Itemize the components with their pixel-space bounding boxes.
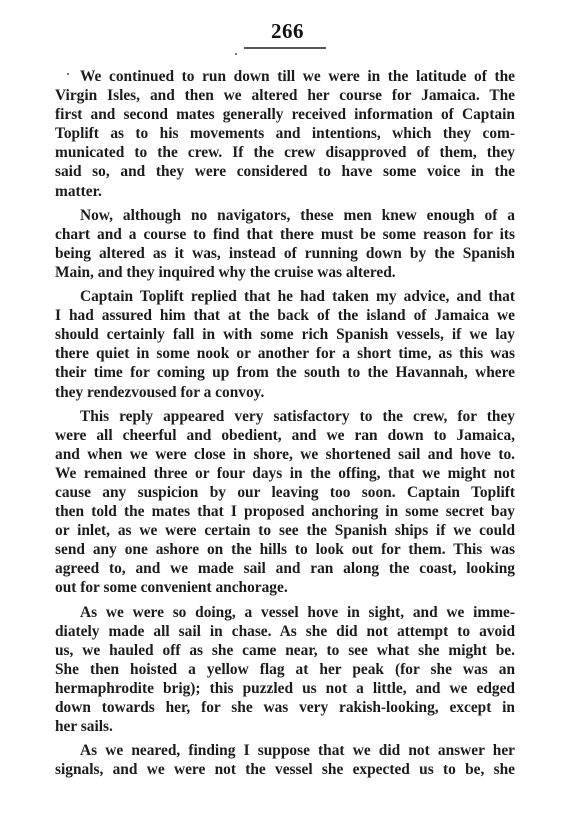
- text-line: cause any suspicion by our leaving too s…: [55, 483, 515, 502]
- text-line: were all cheerful and obedient, and we r…: [55, 426, 515, 445]
- text-line: there quiet in some nook or another for …: [55, 344, 515, 363]
- paragraph-2: Now, although no navigators, these men k…: [55, 206, 515, 282]
- text-line: Captain Toplift replied that he had take…: [55, 287, 515, 306]
- text-line: us, we hauled off as she came near, to s…: [55, 641, 515, 660]
- text-line: As we neared, finding I suppose that we …: [55, 741, 515, 760]
- scan-speck: [235, 53, 237, 55]
- paragraph-3: Captain Toplift replied that he had take…: [55, 287, 515, 402]
- text-line: As we were so doing, a vessel hove in si…: [55, 603, 515, 622]
- text-line: down towards her, for she was very rakis…: [55, 698, 515, 717]
- text-line: municated to the crew. If the crew disap…: [55, 143, 515, 162]
- text-line: We continued to run down till we were in…: [55, 67, 515, 86]
- text-line: agreed to, and we made sail and ran alon…: [55, 559, 515, 578]
- text-line: or inlet, as we were certain to see the …: [55, 521, 515, 540]
- text-line: send any one ashore on the hills to look…: [55, 540, 515, 559]
- text-line: should certainly fall in with some rich …: [55, 325, 515, 344]
- text-line: I had assured him that at the back of th…: [55, 306, 515, 325]
- text-line: She then hoisted a yellow flag at her pe…: [55, 660, 515, 679]
- text-line: said so, and they were considered to hav…: [55, 162, 515, 181]
- text-line: chart and a course to find that there mu…: [55, 225, 515, 244]
- text-line: Toplift as to his movements and intentio…: [55, 124, 515, 143]
- text-line: We remained three or four days in the of…: [55, 464, 515, 483]
- text-line: Now, although no navigators, these men k…: [55, 206, 515, 225]
- body-text: We continued to run down till we were in…: [55, 67, 515, 784]
- text-line: Main, and they inquired why the cruise w…: [55, 263, 515, 282]
- text-line: first and second mates generally receive…: [55, 105, 515, 124]
- header-rule: [244, 47, 326, 49]
- text-line: signals, and we were not the vessel she …: [55, 760, 515, 779]
- text-line: Virgin Isles, and then we altered her co…: [55, 86, 515, 105]
- text-line: diately made all sail in chase. As she d…: [55, 622, 515, 641]
- paragraph-1: We continued to run down till we were in…: [55, 67, 515, 201]
- paragraph-6: As we neared, finding I suppose that we …: [55, 741, 515, 779]
- paragraph-4: This reply appeared very satisfactory to…: [55, 407, 515, 598]
- paragraph-5: As we were so doing, a vessel hove in si…: [55, 603, 515, 737]
- text-line: her sails.: [55, 717, 515, 736]
- text-line: out for some convenient anchorage.: [55, 578, 515, 597]
- page-number: 266: [271, 19, 304, 43]
- text-line: hermaphrodite brig); this puzzled us not…: [55, 679, 515, 698]
- text-line: and when we were close in shore, we shor…: [55, 445, 515, 464]
- text-line: matter.: [55, 182, 515, 201]
- text-line: they rendezvoused for a convoy.: [55, 383, 515, 402]
- text-line: then told the mates that I proposed anch…: [55, 502, 515, 521]
- text-line: their time for coming up from the south …: [55, 363, 515, 382]
- text-line: being altered as it was, instead of runn…: [55, 244, 515, 263]
- page-header: 266: [0, 19, 575, 43]
- text-line: This reply appeared very satisfactory to…: [55, 407, 515, 426]
